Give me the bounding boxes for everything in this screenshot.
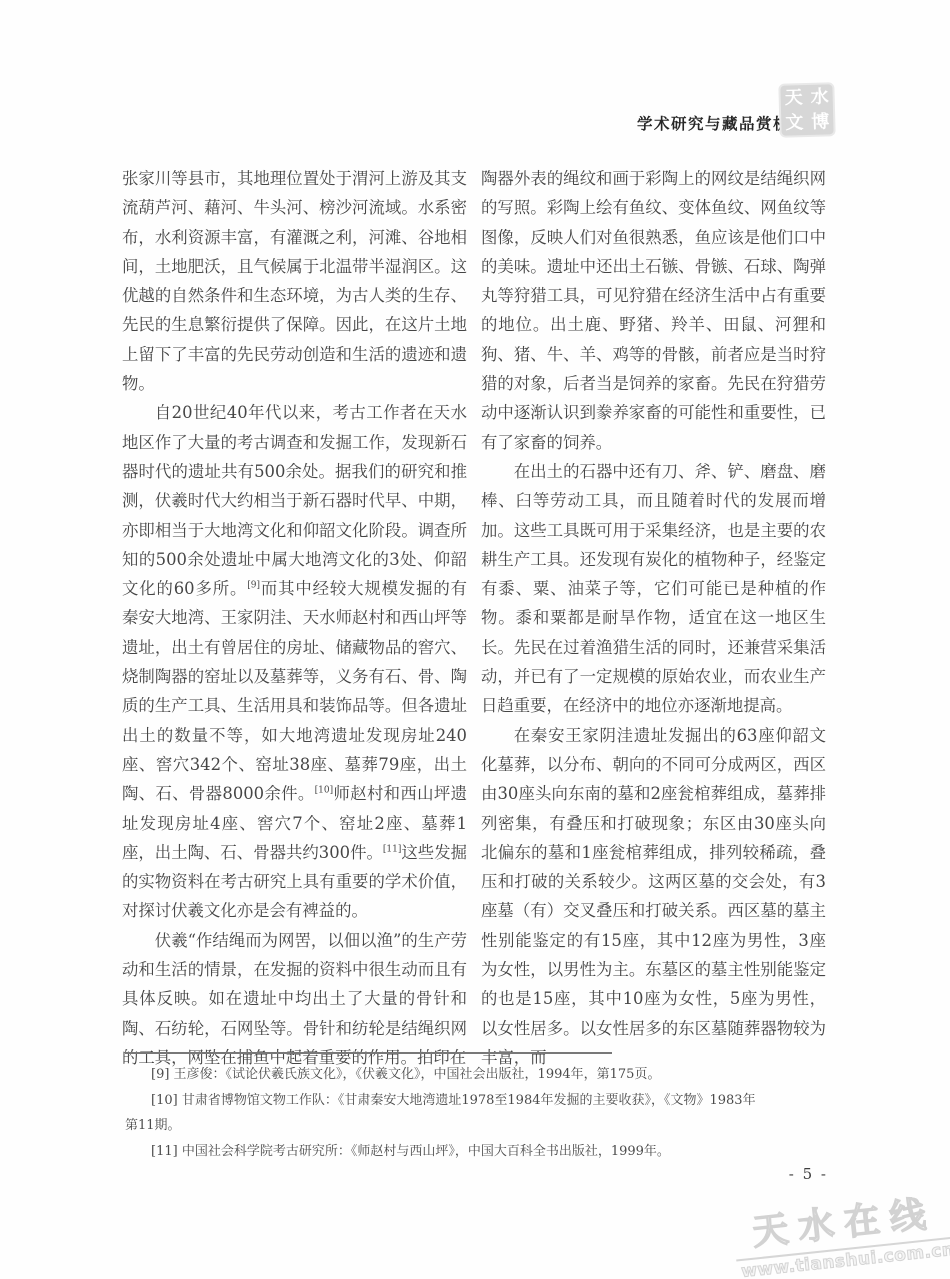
paragraph: 伏羲“作结绳而为网罟，以佃以渔”的生产劳动和生活的情景，在发掘的资料中很生动而且…: [122, 926, 467, 1072]
text-run: 自20世纪40年代以来，考古工作者在天水地区作了大量的考古调查和发掘工作，发现新…: [122, 403, 467, 598]
museum-seal-icon: 天 水 文 博: [780, 84, 833, 135]
text-run: 在秦安王家阴洼遗址发掘出的63座仰韶文化墓葬，以分布、朝向的不同可分成两区，西区…: [481, 726, 826, 1067]
watermark-url: www.tianshui.com.cn: [733, 1239, 950, 1279]
right-column: 陶器外表的绳纹和画于彩陶上的网纹是结绳织网的写照。彩陶上绘有鱼纹、变体鱼纹、网鱼…: [481, 164, 826, 1072]
document-page: 学术研究与藏品赏析 天 水 文 博 张家川等县市，其地理位置处于渭河上游及其支流…: [0, 0, 950, 1279]
paragraph: 自20世纪40年代以来，考古工作者在天水地区作了大量的考古调查和发掘工作，发现新…: [122, 398, 467, 925]
footnotes: [9] 王彦俊：《试论伏羲氏族文化》，《伏羲文化》，中国社会出版社，1994年，…: [125, 1062, 865, 1164]
paragraph: 张家川等县市，其地理位置处于渭河上游及其支流葫芦河、藉河、牛头河、榜沙河流域。水…: [122, 164, 467, 398]
footnote-ref: [10]: [315, 786, 333, 796]
paragraph: 在秦安王家阴洼遗址发掘出的63座仰韶文化墓葬，以分布、朝向的不同可分成两区，西区…: [481, 721, 826, 1073]
section-header: 学术研究与藏品赏析: [637, 112, 790, 134]
seal-char: 天: [784, 89, 802, 107]
left-column: 张家川等县市，其地理位置处于渭河上游及其支流葫芦河、藉河、牛头河、榜沙河流域。水…: [122, 164, 467, 1072]
text-run: 张家川等县市，其地理位置处于渭河上游及其支流葫芦河、藉河、牛头河、榜沙河流域。水…: [122, 169, 467, 393]
text-run: 伏羲“作结绳而为网罟，以佃以渔”的生产劳动和生活的情景，在发掘的资料中很生动而且…: [122, 931, 467, 1067]
watermark-logo: 天水在线: [727, 1183, 950, 1258]
page-number: - 5 -: [789, 1165, 828, 1183]
footnote-ref: [9]: [247, 581, 260, 591]
paragraph: 陶器外表的绳纹和画于彩陶上的网纹是结绳织网的写照。彩陶上绘有鱼纹、变体鱼纹、网鱼…: [481, 164, 826, 457]
text-run: 在出土的石器中还有刀、斧、铲、磨盘、磨棒、臼等劳动工具，而且随着时代的发展而增加…: [481, 462, 826, 715]
text-run: 陶器外表的绳纹和画于彩陶上的网纹是结绳织网的写照。彩陶上绘有鱼纹、变体鱼纹、网鱼…: [481, 169, 826, 452]
footnote-line: [11] 中国社会科学院考古研究所：《师赵村与西山坪》，中国大百科全书出版社，1…: [125, 1139, 865, 1165]
watermark: 天水在线 www.tianshui.com.cn: [727, 1183, 950, 1279]
watermark-underline: [736, 1236, 950, 1261]
seal-char: 博: [811, 113, 829, 131]
footnote-divider: [125, 1052, 612, 1054]
footnote-line: 第11期。: [125, 1113, 865, 1139]
footnote-line: [9] 王彦俊：《试论伏羲氏族文化》，《伏羲文化》，中国社会出版社，1994年，…: [125, 1062, 865, 1088]
text-run: 而其中经较大规模发掘的有秦安大地湾、王家阴洼、天水师赵村和西山坪等遗址，出土有曾…: [122, 579, 467, 803]
footnote-ref: [11]: [383, 844, 401, 854]
footnote-line: [10] 甘肃省博物馆文物工作队：《甘肃秦安大地湾遗址1978至1984年发掘的…: [125, 1088, 865, 1114]
paragraph: 在出土的石器中还有刀、斧、铲、磨盘、磨棒、臼等劳动工具，而且随着时代的发展而增加…: [481, 457, 826, 721]
seal-char: 水: [810, 88, 828, 106]
seal-char: 文: [785, 114, 803, 132]
